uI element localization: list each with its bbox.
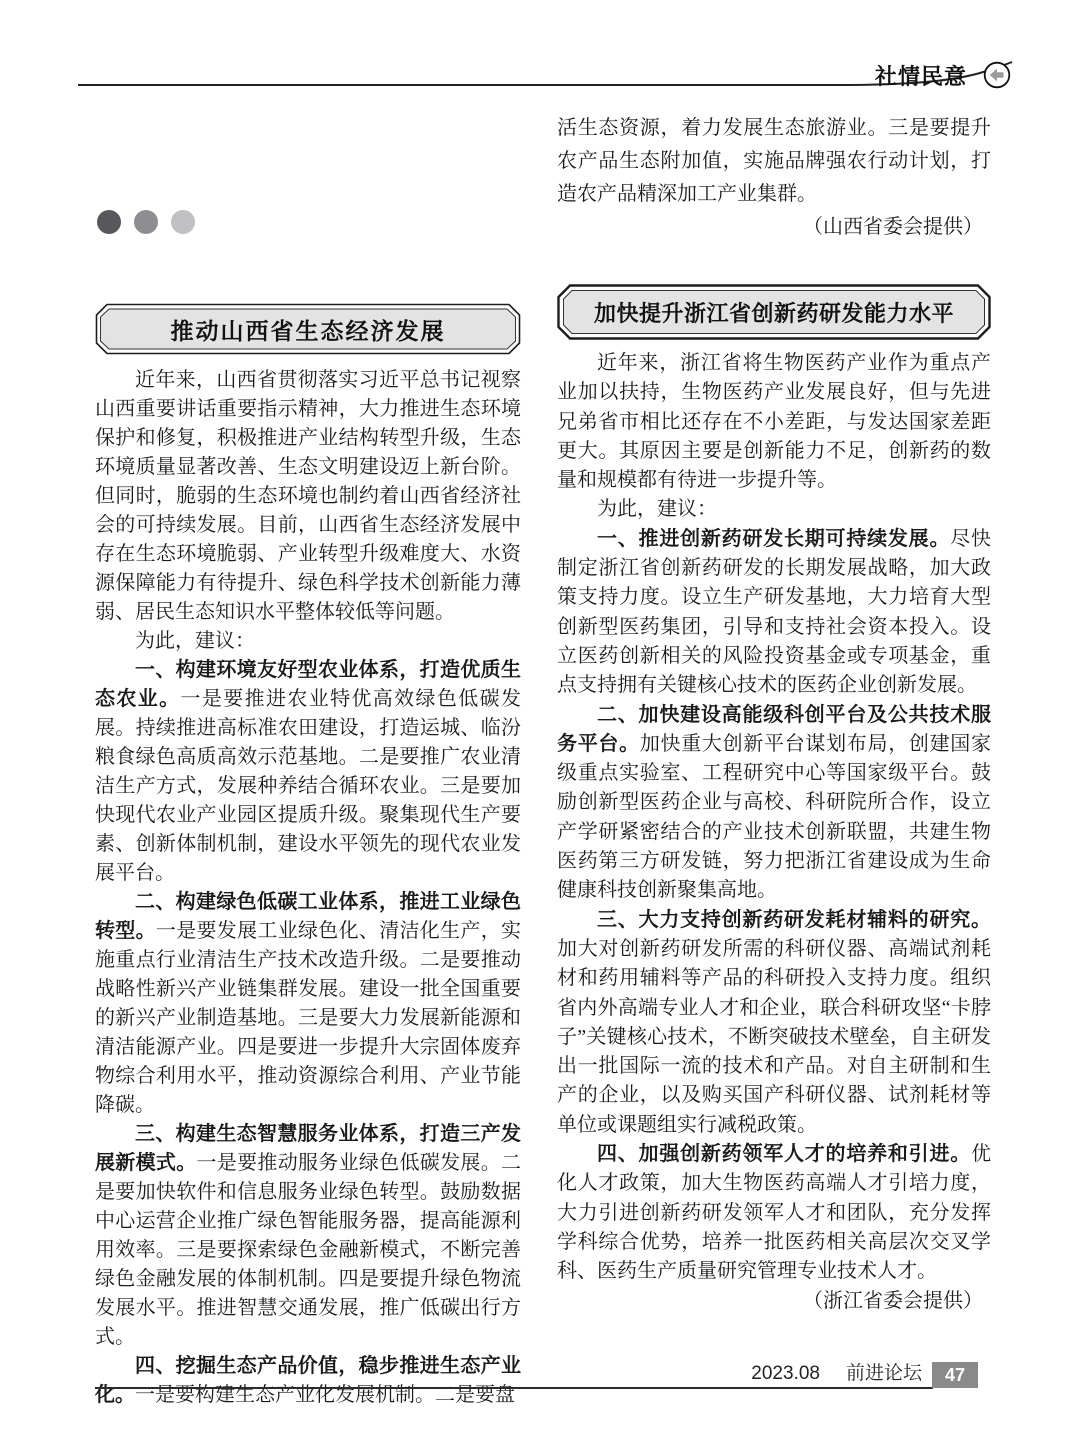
footer-journal-name: 前进论坛 [846, 1362, 922, 1386]
paragraph: 三、构建生态智慧服务业体系，打造三产发展新模式。一是要推动服务业绿色低碳发展。二… [95, 1120, 521, 1352]
paragraph-text: 为此，建议： [135, 630, 255, 652]
attribution-shanxi: （山西省委会提供） [557, 211, 991, 244]
magazine-page: 社情民意 推动山西省生态经济发展 近年来，山西省贯彻落实习近平总书记视察山西重要… [0, 0, 1071, 1454]
back-arrow-icon [985, 63, 1010, 88]
paragraph-lead: 一、推进创新药研发长期可持续发展。 [597, 528, 950, 550]
footer-text: 2023.08 前进论坛 [751, 1362, 922, 1386]
article-title-shanxi: 推动山西省生态经济发展 [95, 303, 521, 355]
paragraph-text: 一是要发展工业绿色化、清洁化生产，实施重点行业清洁生产技术改造升级。二是要推动战… [95, 920, 521, 1116]
footer-issue: 2023.08 [751, 1362, 820, 1386]
paragraph: 二、构建绿色低碳工业体系，推进工业绿色转型。一是要发展工业绿色化、清洁化生产，实… [95, 888, 521, 1120]
article-title-plaque-shanxi: 推动山西省生态经济发展 [95, 303, 521, 355]
section-label: 社情民意 [875, 60, 967, 91]
paragraph-text: 一是要推动服务业绿色低碳发展。二是要加快软件和信息服务业绿色转型。鼓励数据中心运… [95, 1152, 521, 1348]
footer-rule [95, 1387, 933, 1389]
paragraph-text: 近年来，浙江省将生物医药产业作为重点产业加以扶持，生物医药产业发展良好，但与先进… [557, 352, 991, 491]
dot-light [171, 210, 195, 234]
paragraph-text: 为此，建议： [597, 498, 717, 520]
paragraph-text: 尽快制定浙江省创新药研发的长期发展战略，加大政策支持力度。设立生产研发基地，大力… [557, 528, 991, 696]
decorative-dots [97, 210, 195, 234]
paragraph-lead: 三、大力支持创新药研发耗材辅料的研究。 [597, 909, 991, 931]
paragraph: 四、加强创新药领军人才的培养和引进。优化人才政策，加大生物医药高端人才引培力度，… [557, 1140, 991, 1286]
paragraph: 四、挖掘生态产品价值，稳步推进生态产业化。一是要构建生态产业化发展机制。二是要盘 [95, 1352, 521, 1410]
article-body-zhejiang: 近年来，浙江省将生物医药产业作为重点产业加以扶持，生物医药产业发展良好，但与先进… [557, 349, 991, 1316]
paragraph: 为此，建议： [95, 627, 521, 656]
dot-dark [97, 210, 121, 234]
right-column: 活生态资源，着力发展生态旅游业。三是要提升农产品生态附加值，实施品牌强农行动计划… [557, 112, 991, 1316]
paragraph-text: 加快重大创新平台谋划布局，创建国家级重点实验室、工程研究中心等国家级平台。鼓励创… [557, 733, 991, 901]
paragraph: 二、加快建设高能级科创平台及公共技术服务平台。加快重大创新平台谋划布局，创建国家… [557, 701, 991, 906]
paragraph-lead: 四、加强创新药领军人才的培养和引进。 [597, 1143, 971, 1165]
continued-text: 活生态资源，着力发展生态旅游业。三是要提升农产品生态附加值，实施品牌强农行动计划… [557, 112, 991, 211]
continued-from-left: 活生态资源，着力发展生态旅游业。三是要提升农产品生态附加值，实施品牌强农行动计划… [557, 112, 991, 244]
paragraph: 一、构建环境友好型农业体系，打造优质生态农业。一是要推进农业特优高效绿色低碳发展… [95, 656, 521, 888]
article-title-zhejiang: 加快提升浙江省创新药研发能力水平 [557, 284, 991, 340]
page-number-badge: 47 [932, 1362, 978, 1388]
article-title-plaque-zhejiang: 加快提升浙江省创新药研发能力水平 [557, 284, 991, 340]
paragraph: 近年来，浙江省将生物医药产业作为重点产业加以扶持，生物医药产业发展良好，但与先进… [557, 349, 991, 495]
dot-medium [134, 210, 158, 234]
paragraph: 为此，建议： [557, 495, 991, 524]
left-column: 推动山西省生态经济发展 近年来，山西省贯彻落实习近平总书记视察山西重要讲话重要指… [95, 303, 521, 1410]
article-body-shanxi: 近年来，山西省贯彻落实习近平总书记视察山西重要讲话重要指示精神，大力推进生态环境… [95, 366, 521, 1410]
paragraph: 一、推进创新药研发长期可持续发展。尽快制定浙江省创新药研发的长期发展战略，加大政… [557, 525, 991, 701]
paragraph-text: 加大对创新药研发所需的科研仪器、高端试剂耗材和药用辅料等产品的科研投入支持力度。… [557, 938, 991, 1136]
paragraph: 近年来，山西省贯彻落实习近平总书记视察山西重要讲话重要指示精神，大力推进生态环境… [95, 366, 521, 627]
paragraph: 三、大力支持创新药研发耗材辅料的研究。加大对创新药研发所需的科研仪器、高端试剂耗… [557, 906, 991, 1140]
attribution-zhejiang: （浙江省委会提供） [557, 1287, 991, 1316]
paragraph-text: 近年来，山西省贯彻落实习近平总书记视察山西重要讲话重要指示精神，大力推进生态环境… [95, 369, 521, 623]
paragraph-text: 一是要推进农业特优高效绿色低碳发展。持续推进高标准农田建设，打造运城、临汾粮食绿… [95, 688, 521, 884]
